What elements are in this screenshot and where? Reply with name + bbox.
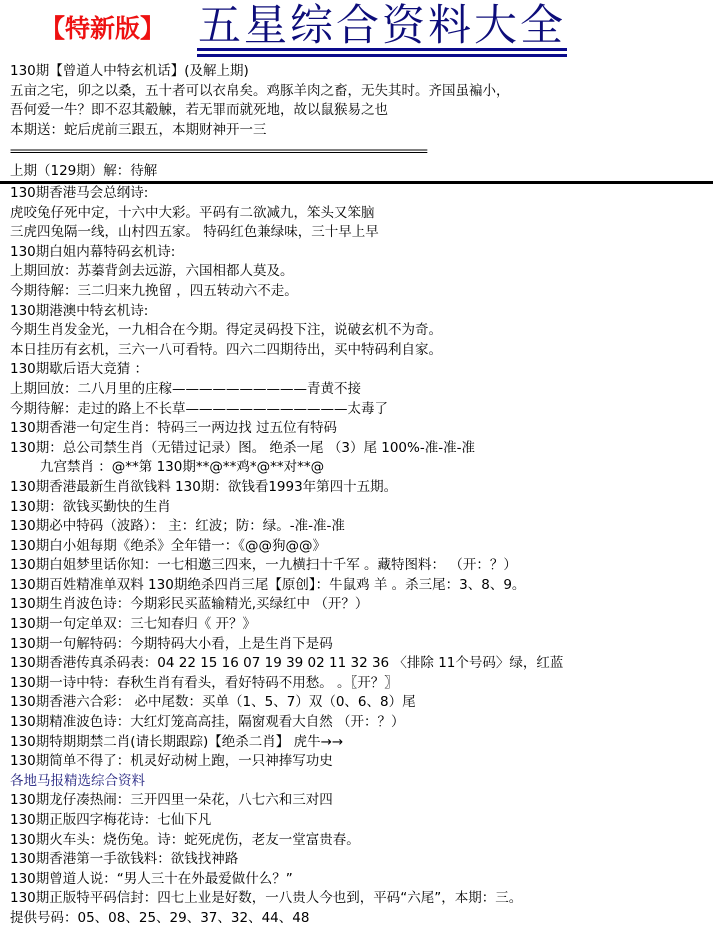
content-line: 130期港澳中特玄机诗: — [10, 302, 710, 322]
content-line: 今期待解：三二归来九挽留 ，四五转动六不走。 — [10, 282, 710, 302]
intro-line: 五亩之宅，卯之以桑，五十者可以衣帛矣。鸡豚羊肉之畜，无失其时。齐国虽褊小， — [10, 82, 710, 102]
provided-numbers: 提供号码：05、08、25、29、37、32、44、48 — [10, 909, 710, 929]
content-line: 130期白姐梦里话你知：一七相邀三四来，一九横扫十千军 。藏特图料： （开：？） — [10, 556, 710, 576]
page-title: 五星综合资料大全 — [198, 2, 566, 50]
intro-line: 吾何爱一牛？即不忍其觳觫，若无罪而就死地，故以鼠猴易之也 — [10, 101, 710, 121]
content-line: 上期回放：二八月里的庄稼——————————青黄不接 — [10, 380, 710, 400]
content-line: 130期生肖波色诗：今期彩民买蓝输精光,买绿红中 （开？） — [10, 595, 710, 615]
edition-badge: 【特新版】 — [40, 14, 165, 44]
main-content: 130期香港马会总纲诗: 虎咬兔仔死中定，十六中大彩。平码有二欲减九，笨头又笨脑… — [10, 184, 710, 929]
content-line: 130期：总公司禁生肖（无错过记录）图。 绝杀一尾 （3）尾 100%-准-准-… — [10, 439, 710, 459]
section-line: 130期龙仔凑热闹：三开四里一朵花，八七六和三对四 — [10, 791, 710, 811]
underline-bottom — [197, 54, 567, 57]
content-line: 130期百姓精准单双料 130期绝杀四肖三尾【原创】：牛鼠鸡 羊 。杀三尾：3、… — [10, 576, 710, 596]
content-line: 130期香港马会总纲诗: — [10, 184, 710, 204]
title-double-underline — [197, 48, 567, 57]
content-line: 130期白姐内幕特码玄机诗: — [10, 243, 710, 263]
content-line: 130期香港一句定生肖：特码三一两边找 过五位有特码 — [10, 419, 710, 439]
intro-section: 130期【曾道人中特玄机话】(及解上期) 五亩之宅，卯之以桑，五十者可以衣帛矣。… — [10, 62, 710, 182]
content-line: 130期一句定单双：三七知春归《 开？》 — [10, 615, 710, 635]
content-line: 130期歇后语大竞猜 ： — [10, 360, 710, 380]
content-line: 130期白小姐每期《绝杀》全年错一：《@@狗@@》 — [10, 537, 710, 557]
content-line: 本日挂历有玄机，三六一八可看特。四六二四期待出，买中特码利自家。 — [10, 341, 710, 361]
content-line: 130期香港最新生肖欲钱料 130期：欲钱看1993年第四十五期。 — [10, 478, 710, 498]
intro-line: 本期送：蛇后虎前三跟五，本期财神开一三 — [10, 121, 710, 141]
section-line: 130期正版特平码信封：四七上业是好数，一八贵人今也到，平码“六尾”，本期：三。 — [10, 889, 710, 909]
content-line: 130期香港传真杀码表：04 22 15 16 07 19 39 02 11 3… — [10, 654, 710, 674]
section-heading: 各地马报精选综合资料 — [10, 772, 710, 792]
content-line: 三虎四兔隔一线，山村四五家。 特码红色兼绿味，三十早上早 — [10, 223, 710, 243]
content-line: 130期特期期禁二肖(请长期跟踪)【绝杀二肖】 虎牛→→ — [10, 733, 710, 753]
content-line: 今期生肖发金光，一九相合在今期。得定灵码投下注，说破玄机不为奇。 — [10, 321, 710, 341]
content-line: 130期香港六合彩： 必中尾数：买单（1、5、7）双（0、6、8）尾 — [10, 693, 710, 713]
content-line: 130期精准波色诗：大红灯笼高高挂，隔窗观看大自然 （开：？） — [10, 713, 710, 733]
content-line: 上期回放：苏蓁背剑去远游，六国相都人莫及。 — [10, 262, 710, 282]
content-line: 130期简单不得了：机灵好动树上跑，一只神捧写功史 — [10, 752, 710, 772]
section-line: 130期曾道人说：“男人三十在外最爱做什么？” — [10, 870, 710, 890]
intro-line: 130期【曾道人中特玄机话】(及解上期) — [10, 62, 710, 82]
last-issue-answer: 上期（129期）解：待解 — [10, 162, 710, 182]
content-line: 130期必中特码（波路）： 主：红波；防：绿。-准-准-准 — [10, 517, 710, 537]
content-line: 130期：欲钱买勤快的生肖 — [10, 498, 710, 518]
section-line: 130期火车头：烧伤兔。诗：蛇死虎伤，老友一堂富贵春。 — [10, 831, 710, 851]
content-line: 虎咬兔仔死中定，十六中大彩。平码有二欲减九，笨头又笨脑 — [10, 204, 710, 224]
content-line: 130期一句解特码：今期特码大小看，上是生肖下是码 — [10, 635, 710, 655]
content-line-indented: 九宫禁肖 ：@**第 130期**@**鸡*@**对**@ — [10, 458, 710, 478]
content-line: 今期待解：走过的路上不长草————————————太毒了 — [10, 400, 710, 420]
section-line: 130期香港第一手欲钱料：欲钱找神路 — [10, 850, 710, 870]
page-header: 【特新版】 五星综合资料大全 — [0, 0, 713, 62]
section-line: 130期正版四字梅花诗：七仙下凡 — [10, 811, 710, 831]
equals-separator: ========================================… — [10, 140, 710, 162]
underline-top — [197, 48, 567, 51]
content-line: 130期一诗中特：春秋生肖有看头，看好特码不用愁。 。〖开？〗 — [10, 674, 710, 694]
